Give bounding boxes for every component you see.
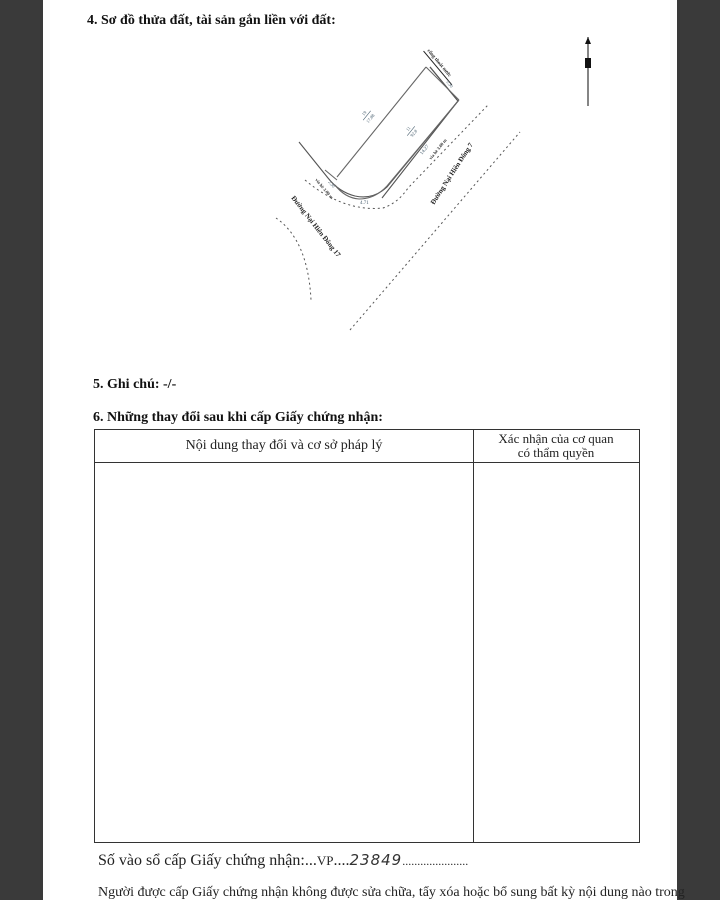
parcel-outline (299, 67, 458, 198)
north-arrow-icon (585, 37, 591, 106)
registration-prefix: VP (317, 853, 334, 868)
changes-table: Nội dung thay đổi và cơ sở pháp lý Xác n… (94, 429, 640, 843)
scan-background-right (677, 0, 720, 900)
parcel-lines (325, 67, 459, 199)
section-6-title: 6. Những thay đổi sau khi cấp Giấy chứng… (93, 410, 383, 426)
bottom-left-length: 2.30 (327, 179, 336, 189)
change-content-cell (95, 463, 472, 841)
scan-background-left (0, 0, 43, 900)
registration-number: 23849 (349, 851, 402, 869)
header-authority-line2: có thẩm quyền (518, 446, 595, 460)
svg-text:17.88: 17.88 (365, 112, 376, 124)
registration-label: Số vào sổ cấp Giấy chứng nhận: (98, 852, 305, 869)
header-change-content: Nội dung thay đổi và cơ sở pháp lý (95, 430, 473, 462)
section-5-notes: 5. Ghi chú: -/- (93, 377, 176, 393)
road-name-left: Đường Nại Hiên Đông 17 (289, 194, 342, 259)
land-parcel-sketch: cống thoát nước 5.30 19 17.88 11 92.8 14… (43, 0, 677, 360)
registration-number-line: Số vào sổ cấp Giấy chứng nhận:...VP....2… (98, 851, 468, 870)
header-authority-confirmation: Xác nhận của cơ quan có thẩm quyền (473, 430, 639, 462)
left-edge-label: 19 17.88 (358, 107, 376, 125)
parcel-id-label: 11 92.8 (403, 123, 420, 140)
curve-label: 4.71 (360, 201, 369, 206)
document-page: 4. Sơ đồ thửa đất, tài sản gắn liền với … (43, 0, 677, 900)
svg-text:cống thoát nước: cống thoát nước (426, 49, 452, 79)
notice-text: Người được cấp Giấy chứng nhận không đượ… (98, 885, 685, 900)
authority-confirmation-cell (474, 463, 639, 841)
header-authority-line1: Xác nhận của cơ quan (498, 432, 613, 446)
